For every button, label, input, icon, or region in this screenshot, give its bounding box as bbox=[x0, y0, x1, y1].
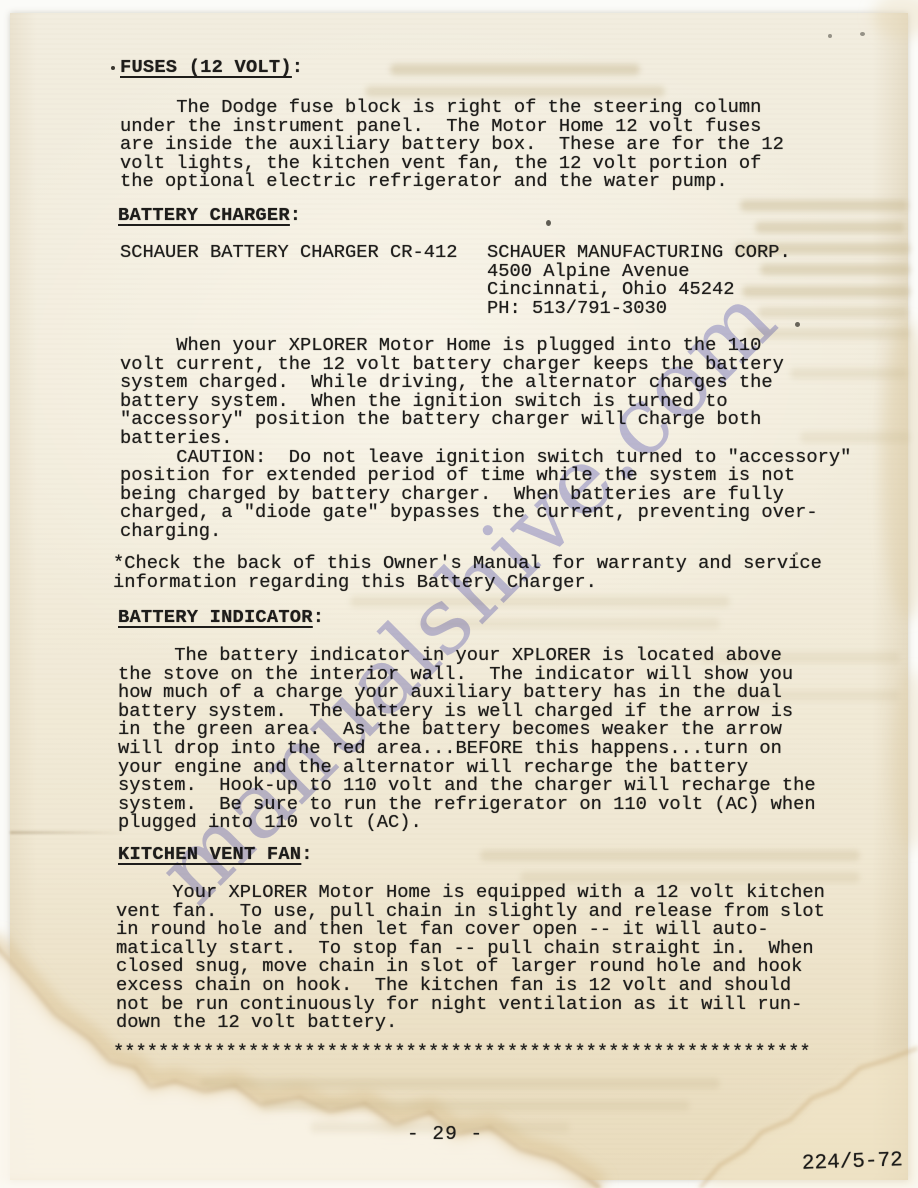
asterisk-separator: ****************************************… bbox=[113, 1043, 811, 1062]
manufacturer-address: SCHAUER MANUFACTURING CORP. 4500 Alpine … bbox=[487, 243, 791, 317]
page-number: - 29 - bbox=[407, 1125, 483, 1144]
charger-warranty-note: *Check the back of this Owner's Manual f… bbox=[113, 554, 822, 591]
section-heading-battery-indicator: BATTERY INDICATOR: bbox=[118, 608, 324, 627]
section-heading-fuses: FUSES (12 VOLT): bbox=[120, 58, 303, 77]
heading-colon: : bbox=[313, 606, 324, 628]
heading-label: BATTERY INDICATOR bbox=[118, 606, 313, 628]
heading-label: FUSES (12 VOLT) bbox=[120, 56, 292, 78]
heading-colon: : bbox=[290, 204, 301, 226]
kitchen-paragraph: Your XPLORER Motor Home is equipped with… bbox=[116, 883, 825, 1032]
charger-paragraph: When your XPLORER Motor Home is plugged … bbox=[120, 336, 851, 541]
heading-colon: : bbox=[292, 56, 303, 78]
heading-colon: : bbox=[301, 843, 312, 865]
fuses-paragraph: The Dodge fuse block is right of the ste… bbox=[120, 98, 784, 191]
section-heading-battery-charger: BATTERY CHARGER: bbox=[118, 206, 301, 225]
document-code: 224/5-72 bbox=[802, 1152, 903, 1174]
scanned-manual-page: { "document": { "watermark": "manualshiv… bbox=[0, 0, 918, 1188]
heading-label: BATTERY CHARGER bbox=[118, 204, 290, 226]
section-heading-kitchen-vent-fan: KITCHEN VENT FAN: bbox=[118, 845, 313, 864]
charger-model: SCHAUER BATTERY CHARGER CR-412 bbox=[120, 243, 458, 262]
heading-label: KITCHEN VENT FAN bbox=[118, 843, 301, 865]
typed-content: FUSES (12 VOLT): The Dodge fuse block is… bbox=[0, 0, 918, 1188]
indicator-paragraph: The battery indicator in your XPLORER is… bbox=[118, 646, 816, 832]
